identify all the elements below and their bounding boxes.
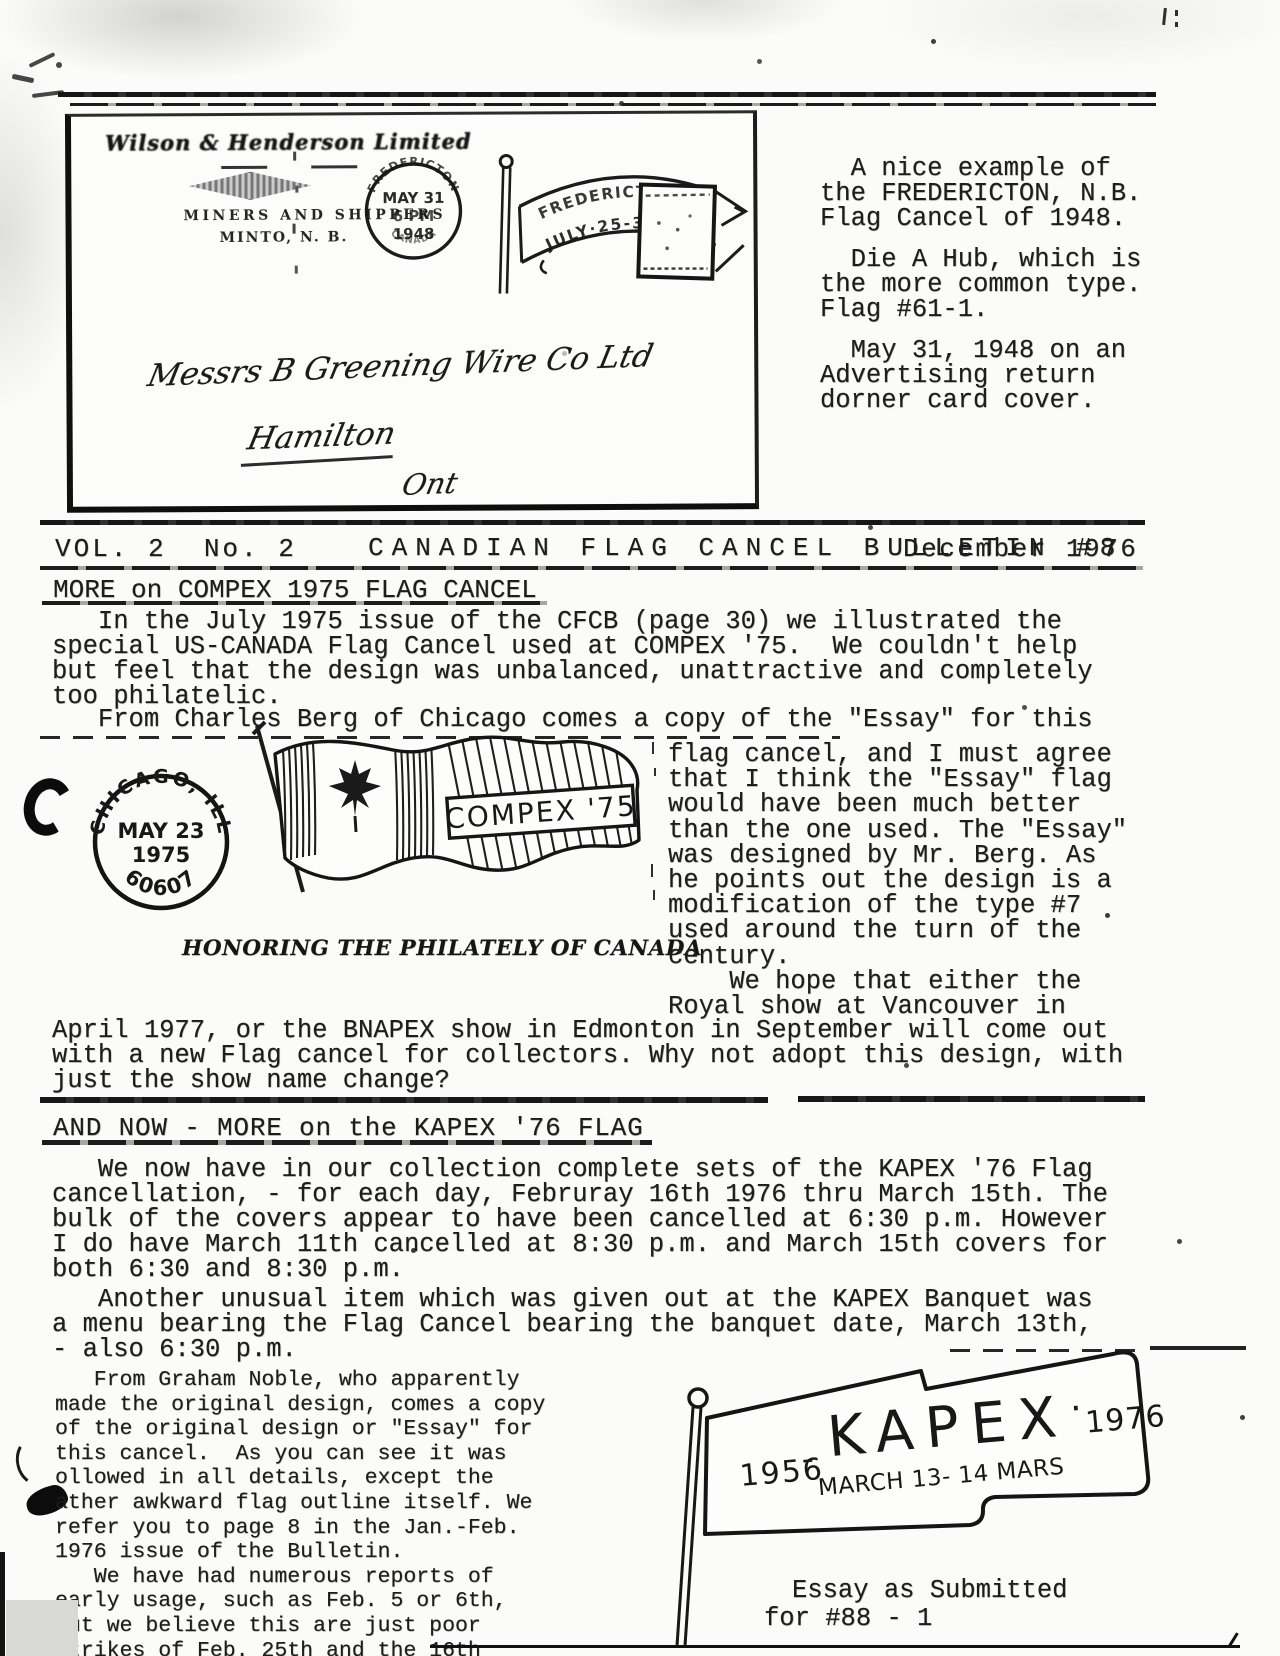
- scan-dots: [295, 186, 298, 193]
- chicago-cancel: CHICAGO, ILL MAY 23 1975 60607: [86, 760, 236, 920]
- scan-dots: [295, 266, 298, 274]
- pen-scribble-artifact: [12, 74, 35, 83]
- scanned-bulletin-page: Wilson & Henderson Limited MINERS AND SH…: [0, 0, 1280, 1656]
- masthead-rule-bottom: [40, 566, 1143, 570]
- compex-image-caption: HONORING THE PHILATELY OF CANADA: [182, 936, 702, 961]
- scan-specks: [0, 0, 3, 3]
- section1-right-column: flag cancel, and I must agree that I thi…: [668, 742, 1127, 1019]
- corner-card-place: MINTO, N. B.: [220, 229, 349, 246]
- kapex-year-right: 1976: [1084, 1399, 1167, 1441]
- page-edge-artifact: [0, 1552, 5, 1656]
- pen-scribble-artifact: [29, 52, 56, 68]
- masthead-rule-top: [40, 520, 1145, 525]
- section-divider: [798, 1096, 1145, 1102]
- chicago-cancel-zip: 60607: [120, 864, 201, 900]
- corner-card-flourish: [221, 166, 267, 169]
- section2-heading-underline: [42, 1140, 652, 1145]
- pen-scribble-artifact: [56, 62, 62, 68]
- top-rule: [58, 92, 1156, 97]
- envelope-note-para-3: May 31, 1948 on an Advertising return do…: [820, 338, 1126, 413]
- compex-flag-drawing: COMPEX '75: [243, 720, 643, 900]
- corner-card-diamond: [189, 172, 311, 201]
- scan-mark: [1175, 10, 1178, 16]
- chicago-cancel-date: MAY 23: [118, 819, 205, 843]
- section1-heading-underline: [42, 601, 547, 605]
- scan-mark: [1162, 8, 1167, 25]
- scan-mark: [653, 890, 655, 900]
- fredericton-flag-cancel: FREDERICTON JULY·25-31: [491, 147, 752, 298]
- essay-caption-line-1: Essay as Submitted: [792, 1578, 1067, 1603]
- corner-card-company: Wilson & Henderson Limited: [105, 129, 472, 156]
- datestamp-date: MAY 31: [382, 189, 444, 207]
- address-flourish: [241, 455, 393, 466]
- bottom-rule: [430, 1645, 1240, 1648]
- chicago-cancel-year: 1975: [132, 843, 190, 867]
- scan-mark: [654, 768, 656, 776]
- scan-dots: [293, 224, 296, 234]
- section2-left-column: From Graham Noble, who apparently made t…: [55, 1368, 545, 1656]
- address-line-3: Ont: [399, 466, 461, 502]
- masthead-volume: VOL. 2 No. 2: [55, 534, 297, 564]
- punch-hole-artifact: [18, 773, 79, 841]
- section1-paragraph-1: In the July 1975 issue of the CFCB (page…: [52, 609, 1093, 709]
- scan-mark: [652, 742, 654, 754]
- scan-shadow-rect: [6, 1600, 78, 1656]
- address-line-2: Hamilton: [244, 416, 399, 458]
- top-rule-2: [70, 103, 1156, 106]
- envelope-illustration: Wilson & Henderson Limited MINERS AND SH…: [65, 110, 759, 513]
- envelope-note-para-1: A nice example of the FREDERICTON, N.B. …: [820, 156, 1141, 231]
- datestamp-time: 6 PM: [393, 207, 435, 225]
- scan-mark: [651, 864, 653, 877]
- flag-cancel-emblem: [638, 185, 715, 279]
- address-line-1: Messrs B Greening Wire Co Ltd: [145, 338, 657, 394]
- masthead-date: December 1976: [903, 534, 1138, 564]
- section1-closing-paragraph: April 1977, or the BNAPEX show in Edmont…: [52, 1018, 1123, 1093]
- envelope-note-para-2: Die A Hub, which is the more common type…: [820, 247, 1141, 322]
- section2-heading: AND NOW - MORE on the KAPEX '76 FLAG: [53, 1113, 644, 1143]
- essay-caption-line-2: for #88 - 1: [764, 1606, 932, 1631]
- section2-paragraph-1: We now have in our collection complete s…: [52, 1157, 1108, 1282]
- fredericton-datestamp: FREDERICTON MAY 31 6 PM 1948 CANADA: [357, 153, 470, 270]
- scan-dots: [293, 152, 296, 161]
- svg-text:60607: 60607: [120, 864, 201, 900]
- scan-mark: [1175, 22, 1178, 27]
- corner-card-flourish: [311, 165, 357, 168]
- section-divider: [40, 1097, 768, 1103]
